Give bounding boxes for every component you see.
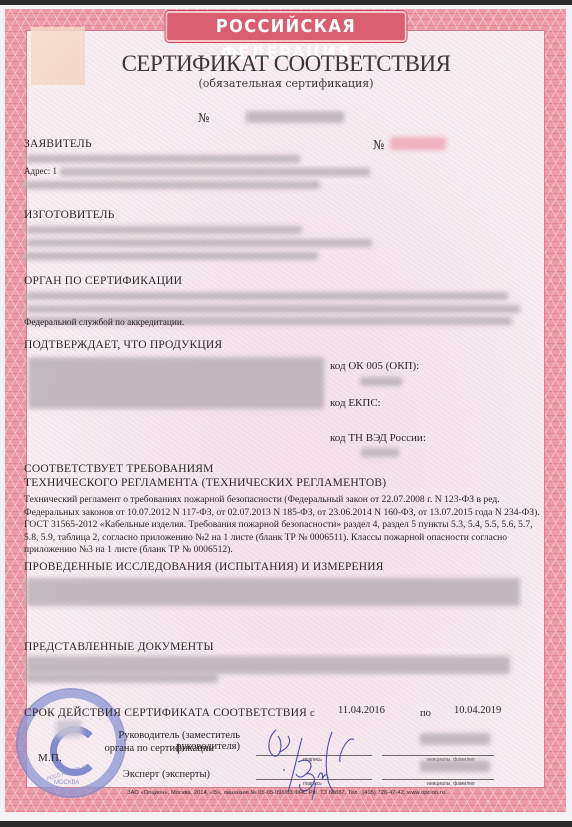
manufacturer-contacts-redacted [24,252,318,260]
applicant-heading: ЗАЯВИТЕЛЬ [24,138,92,150]
requirements-heading-line1: СООТВЕТСТВУЕТ ТРЕБОВАНИЯМ [24,463,214,475]
seal-label: М.П. [38,752,62,764]
documents-heading: ПРЕДСТАВЛЕННЫЕ ДОКУМЕНТЫ [24,641,214,653]
validity-from-date: 11.04.2016 [338,705,385,716]
applicant-line-redacted [26,155,300,163]
tests-heading: ПРОВЕДЕННЫЕ ИССЛЕДОВАНИЯ (ИСПЫТАНИЯ) И И… [24,561,384,573]
validity-to-date: 10.04.2019 [454,705,501,716]
code-tnved-redacted [361,448,399,457]
applicant-contacts-redacted [24,181,320,189]
documents-text-redacted [26,656,510,674]
applicant-number-label: № [373,138,384,152]
code-tnved-label: код ТН ВЭД России: [330,432,426,444]
bottom-edge [0,821,572,827]
product-heading: ПОДТВЕРЖДАЕТ, ЧТО ПРОДУКЦИЯ [24,339,222,351]
certificate-subtitle: (обязательная сертификация) [0,77,572,90]
validity-heading: СРОК ДЕЙСТВИЯ СЕРТИФИКАТА СООТВЕТСТВИЯ [24,707,307,719]
tests-text-redacted [26,578,520,606]
expert-name-line [382,779,494,780]
applicant-address-redacted [60,168,370,176]
code-ekps-label: код ЕКПС: [330,397,381,409]
cert-body-line2-redacted [26,305,520,313]
validity-to-label: по [420,708,431,719]
cert-body-line1-redacted [26,292,508,300]
applicant-number-redacted [390,137,446,150]
stamp-city: МОСКВА [54,780,79,786]
cert-body-heading: ОРГАН ПО СЕРТИФИКАЦИИ [24,275,182,287]
head-label-line2: органа по сертификации [86,743,214,754]
expert-label: Эксперт (эксперты) [86,769,210,780]
product-description-redacted [28,357,324,409]
code-okp-label: код ОК 005 (ОКП): [330,360,419,372]
head-name-redacted [420,733,490,745]
manufacturer-heading: ИЗГОТОВИТЕЛЬ [24,209,115,221]
expert-name-caption: инициалы, фамилия [427,781,475,787]
top-edge [0,0,572,5]
certificate-title: СЕРТИФИКАТ СООТВЕТСТВИЯ [0,51,572,77]
cert-body-last-line: Федеральной службой по аккредитации. [24,318,184,328]
manufacturer-address-redacted [26,239,372,247]
requirements-text: Технический регламент о требованиях пожа… [24,494,544,557]
stamp-name-redacted [56,720,82,738]
certificate-number-redacted [246,111,344,123]
code-okp-redacted [360,377,402,386]
requirements-heading-line2: ТЕХНИЧЕСКОГО РЕГЛАМЕНТА (ТЕХНИЧЕСКИХ РЕГ… [24,477,386,489]
documents-text-redacted-2 [26,673,218,683]
validity-from-label: с [310,708,315,719]
expert-name-redacted [420,760,490,772]
applicant-address-label: Адрес: 1 [24,166,57,176]
manufacturer-line-redacted [26,226,302,234]
head-name-line [382,755,494,756]
certificate-number-label: № [198,111,209,125]
printer-imprint: ЗАО «Опцион», Москва, 2014, «В», лицензи… [0,790,572,796]
country-banner: РОССИЙСКАЯ ФЕДЕРАЦИЯ [165,11,406,42]
